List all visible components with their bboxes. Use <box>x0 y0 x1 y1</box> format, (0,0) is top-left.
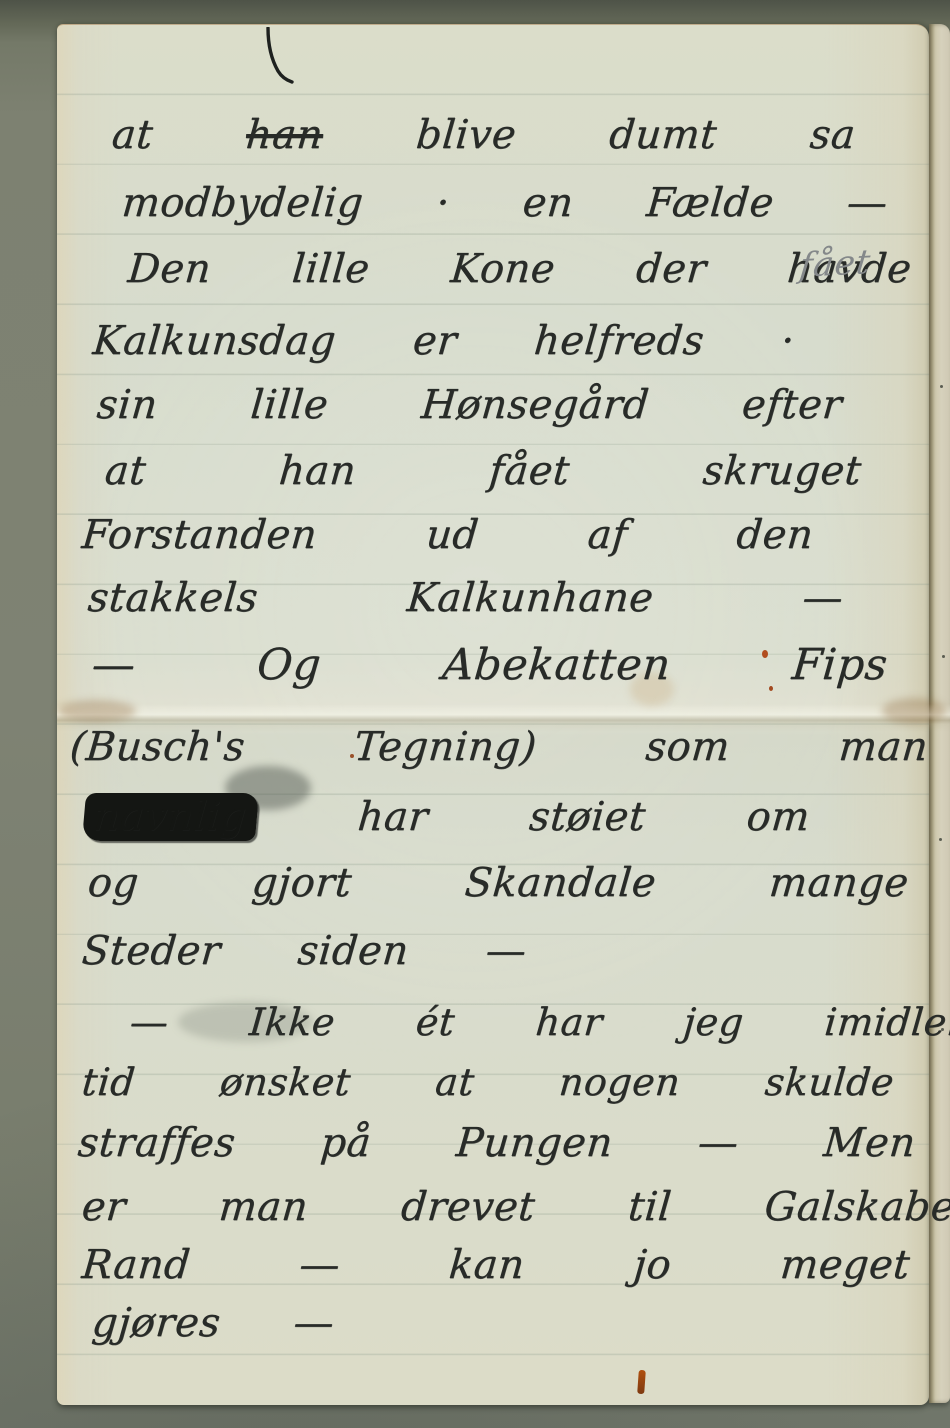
edge-fleck <box>939 838 942 841</box>
handwriting-word: blive dumt sa <box>321 112 857 158</box>
handwriting-line: at han blive dumt sa <box>110 112 857 158</box>
handwriting-line: og gjort Skandale mange <box>86 860 911 906</box>
edge-fleck <box>940 385 943 388</box>
stray-ink-mark <box>262 27 296 87</box>
edge-fleck <box>942 655 945 658</box>
handwriting-line: — Og Abekatten Fips <box>90 640 890 690</box>
pencil-annotation: fået <box>798 242 873 286</box>
handwriting-line: — Ikke ét har jeg imidler- <box>128 1000 950 1044</box>
handwriting-word: har støiet om <box>255 794 812 840</box>
photo-mount-background: at han blive dumt sa modbydelig · en Fæl… <box>0 0 950 1428</box>
struck-out-word: han <box>244 112 325 158</box>
handwriting-line: stakkels Kalkunhane — <box>86 575 845 621</box>
handwriting-line: sin lille Hønsegård efter <box>95 382 844 428</box>
handwriting-line: modbydelig · en Fælde — <box>120 180 890 226</box>
handwriting-line: Forstanden ud af den <box>80 512 815 558</box>
handwriting-line: Steder siden — <box>80 928 528 974</box>
rust-speck <box>350 754 354 758</box>
rust-speck <box>762 650 768 658</box>
edge-fleck <box>938 1210 941 1213</box>
handwriting-line: navnlig har støiet om <box>82 794 812 840</box>
edge-fleck <box>941 1028 944 1031</box>
handwriting-line: straffes på Pungen — Men <box>76 1120 918 1166</box>
handwriting-word: at <box>110 112 248 158</box>
fold-stain-left <box>58 700 136 722</box>
handwriting-line: tid ønsket at nogen skulde <box>80 1060 896 1104</box>
handwriting-line: Den lille Kone der havde <box>126 246 913 292</box>
rust-speck <box>769 686 773 691</box>
handwriting-line: gjøres — <box>90 1300 336 1346</box>
handwriting-line: Rand — kan jo meget <box>80 1242 912 1288</box>
handwriting-line: (Busch's Tegning) som man <box>68 724 930 770</box>
handwriting-line: at han fået skruget <box>103 448 863 494</box>
handwriting-line: er man drevet til Galskabens <box>80 1184 950 1230</box>
fold-stain-right <box>882 698 946 724</box>
blotted-out-word: navnlig <box>82 793 259 841</box>
handwriting-line: Kalkunsdag er helfreds · <box>91 318 797 364</box>
